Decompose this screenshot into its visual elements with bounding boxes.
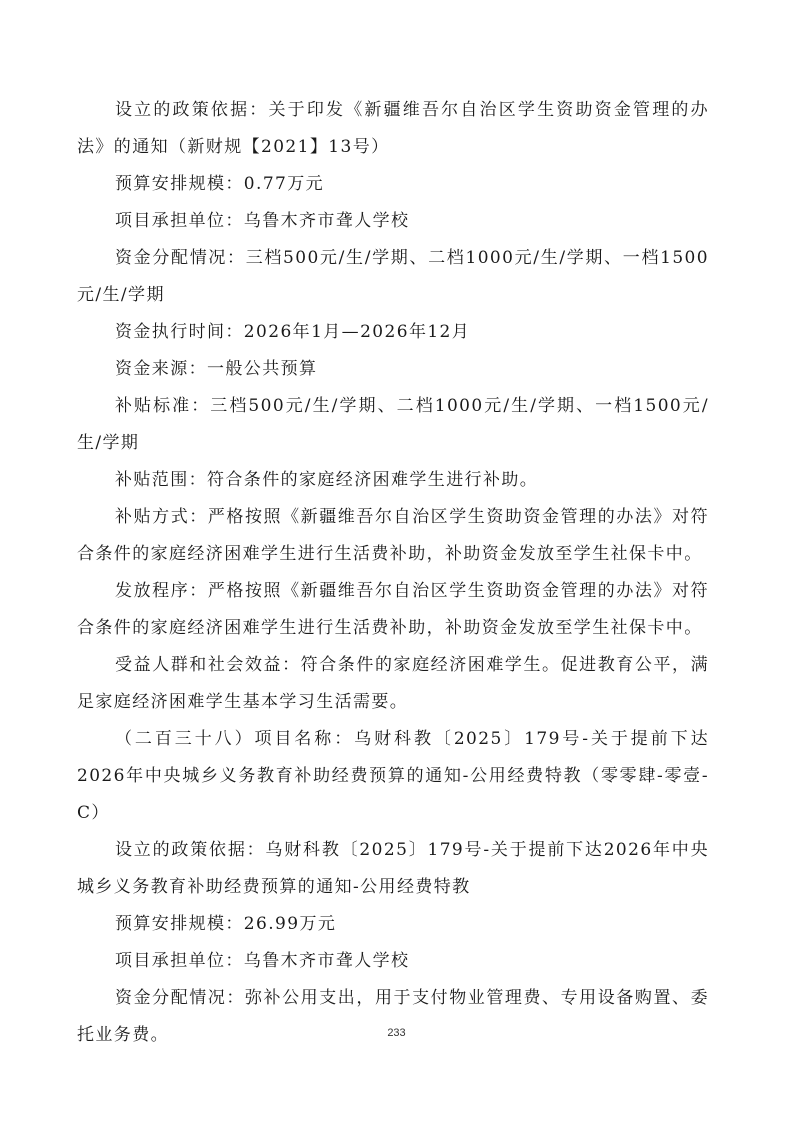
paragraph-fund-allocation-1: 资金分配情况：三档500元/生/学期、二档1000元/生/学期、一档1500元/… <box>77 240 709 314</box>
page-number: 233 <box>0 1027 793 1039</box>
paragraph-fund-allocation-2: 资金分配情况：弥补公用支出，用于支付物业管理费、专用设备购置、委托业务费。 <box>77 980 709 1054</box>
paragraph-policy-basis-1: 设立的政策依据：关于印发《新疆维吾尔自治区学生资助资金管理的办法》的通知（新财规… <box>77 92 709 166</box>
paragraph-subsidy-method: 补贴方式：严格按照《新疆维吾尔自治区学生资助资金管理的办法》对符合条件的家庭经济… <box>77 499 709 573</box>
paragraph-subsidy-standard: 补贴标准：三档500元/生/学期、二档1000元/生/学期、一档1500元/生/… <box>77 388 709 462</box>
paragraph-execution-time: 资金执行时间：2026年1月—2026年12月 <box>77 314 709 351</box>
paragraph-budget-scale-1: 预算安排规模：0.77万元 <box>77 166 709 203</box>
paragraph-fund-source: 资金来源：一般公共预算 <box>77 351 709 388</box>
paragraph-undertaking-unit-2: 项目承担单位：乌鲁木齐市聋人学校 <box>77 943 709 980</box>
document-body: 设立的政策依据：关于印发《新疆维吾尔自治区学生资助资金管理的办法》的通知（新财规… <box>77 92 709 1054</box>
paragraph-undertaking-unit-1: 项目承担单位：乌鲁木齐市聋人学校 <box>77 203 709 240</box>
paragraph-distribution-procedure: 发放程序：严格按照《新疆维吾尔自治区学生资助资金管理的办法》对符合条件的家庭经济… <box>77 573 709 647</box>
paragraph-project-name-238: （二百三十八）项目名称：乌财科教〔2025〕179号-关于提前下达2026年中央… <box>77 721 709 832</box>
paragraph-beneficiaries: 受益人群和社会效益：符合条件的家庭经济困难学生。促进教育公平，满足家庭经济困难学… <box>77 647 709 721</box>
paragraph-subsidy-scope: 补贴范围：符合条件的家庭经济困难学生进行补助。 <box>77 462 709 499</box>
paragraph-budget-scale-2: 预算安排规模：26.99万元 <box>77 906 709 943</box>
paragraph-policy-basis-2: 设立的政策依据：乌财科教〔2025〕179号-关于提前下达2026年中央城乡义务… <box>77 832 709 906</box>
